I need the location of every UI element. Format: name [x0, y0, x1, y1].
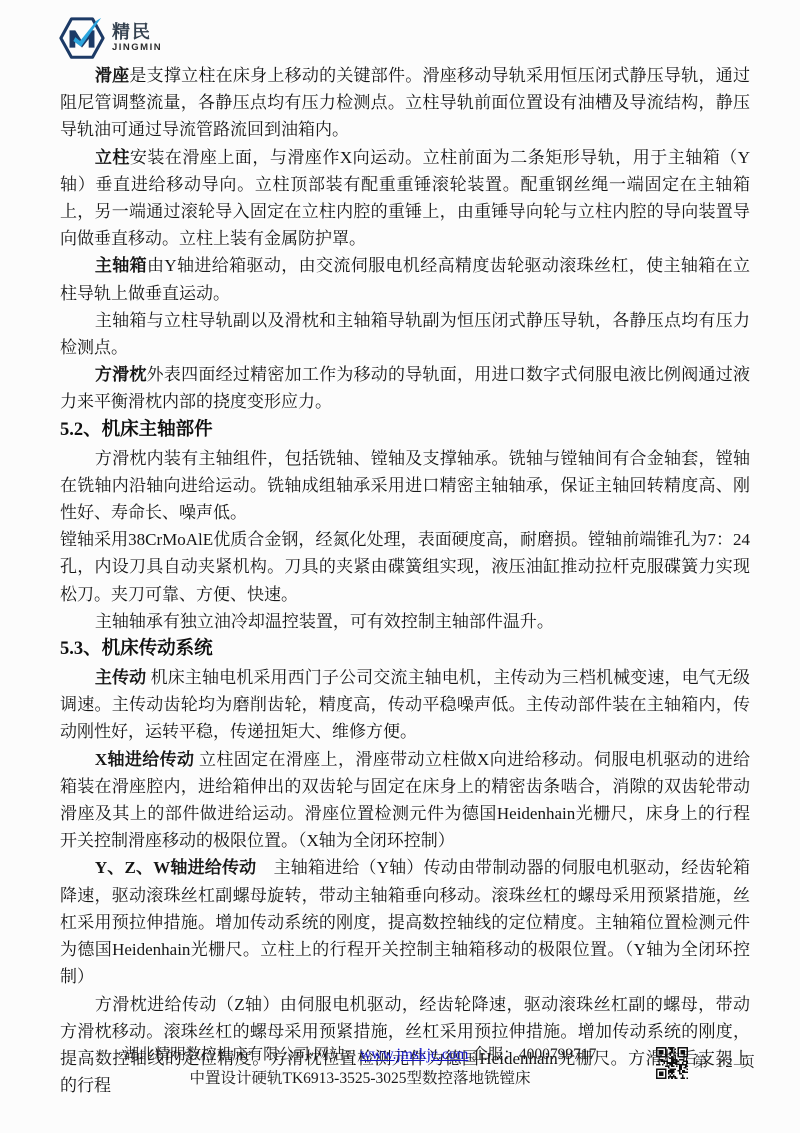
service-label: 企服：: [468, 1046, 518, 1063]
paragraph-guideway: 主轴箱与立柱导轨副以及滑枕和主轴箱导轨副为恒压闭式静压导轨，各静压点均有压力检测…: [60, 307, 750, 361]
footer-product-line: 中置设计硬轨TK6913-3525-3025型数控落地铣镗床: [55, 1067, 665, 1091]
paragraph-x-axis-feed: X轴进给传动 立柱固定在滑座上，滑座带动立柱做X向进给移动。伺服电机驱动的进给箱…: [60, 746, 750, 855]
paragraph-boring-spindle: 镗轴采用38CrMoAlE优质合金钢，经氮化处理，表面硬度高，耐磨损。镗轴前端锥…: [60, 526, 750, 608]
paragraph-main-drive: 主传动 机床主轴电机采用西门子公司交流主轴电机，主传动为三档机械变速，电气无级调…: [60, 664, 750, 746]
bold-term: 立柱: [95, 148, 130, 167]
logo-text-en: JINGMIN: [112, 43, 162, 53]
paragraph-text: 外表四面经过精密加工作为移动的导轨面，用进口数字式伺服电液比例阀通过液力来平衡滑…: [60, 365, 750, 411]
paragraph-text: 主轴轴承有独立油冷却温控装置，可有效控制主轴部件温升。: [95, 612, 554, 631]
paragraph-text: 机床主轴电机采用西门子公司交流主轴电机，主传动为三档机械变速，电气无级调速。主传…: [60, 668, 750, 741]
page-number: 第 12 页: [694, 1051, 757, 1072]
paragraph-text: 安装在滑座上面，与滑座作X向运动。立柱前面为二条矩形导轨，用于主轴箱（Y轴）垂直…: [60, 148, 750, 249]
paragraph-column: 立柱安装在滑座上面，与滑座作X向运动。立柱前面为二条矩形导轨，用于主轴箱（Y轴）…: [60, 144, 750, 253]
bold-term: 主轴箱: [95, 256, 147, 275]
hexagon-m-logo-icon: [58, 16, 106, 60]
bold-term: 滑座: [95, 66, 130, 85]
page-footer: 湖北精明数控机床有限公司 网站：www.jmskjc.com 企服：400079…: [55, 1043, 665, 1091]
paragraph-headstock: 主轴箱由Y轴进给箱驱动，由交流伺服电机经高精度齿轮驱动滚珠丝杠，使主轴箱在立柱导…: [60, 252, 750, 306]
logo-text-cn: 精民: [112, 23, 162, 41]
section-heading-5-3: 5.3、机床传动系统: [60, 635, 750, 664]
paragraph-yzw-axis-feed: Y、Z、W轴进给传动 主轴箱进给（Y轴）传动由带制动器的伺服电机驱动，经齿轮箱降…: [60, 854, 750, 990]
paragraph-slide-base: 滑座是支撑立柱在床身上移动的关键部件。滑座移动导轨采用恒压闭式静压导轨，通过阻尼…: [60, 62, 750, 144]
service-phone: 4000799717: [519, 1046, 597, 1063]
paragraph-text: 方滑枕内装有主轴组件，包括铣轴、镗轴及支撑轴承。铣轴与镗轴间有合金轴套，镗轴在铣…: [60, 449, 750, 522]
website-link[interactable]: www.jmskjc.com: [360, 1046, 468, 1063]
company-name: 湖北精明数控机床有限公司: [124, 1046, 310, 1063]
paragraph-text: 主轴箱与立柱导轨副以及滑枕和主轴箱导轨副为恒压闭式静压导轨，各静压点均有压力检测…: [60, 311, 750, 357]
section-heading-5-2: 5.2、机床主轴部件: [60, 416, 750, 445]
paragraph-oil-cooling: 主轴轴承有独立油冷却温控装置，可有效控制主轴部件温升。: [60, 608, 750, 635]
website-label: 网站：: [310, 1046, 360, 1063]
paragraph-text: 是支撑立柱在床身上移动的关键部件。滑座移动导轨采用恒压闭式静压导轨，通过阻尼管调…: [60, 66, 750, 139]
bold-term: 主传动: [95, 668, 146, 687]
paragraph-text: 镗轴采用38CrMoAlE优质合金钢，经氮化处理，表面硬度高，耐磨损。镗轴前端锥…: [60, 530, 750, 603]
bold-term: Y、Z、W轴进给传动: [95, 858, 257, 877]
paragraph-text: 主轴箱进给（Y轴）传动由带制动器的伺服电机驱动，经齿轮箱降速，驱动滚珠丝杠副螺母…: [60, 858, 750, 986]
paragraph-text: 由Y轴进给箱驱动，由交流伺服电机经高精度齿轮驱动滚珠丝杠，使主轴箱在立柱导轨上做…: [60, 256, 750, 302]
paragraph-spindle-assembly: 方滑枕内装有主轴组件，包括铣轴、镗轴及支撑轴承。铣轴与镗轴间有合金轴套，镗轴在铣…: [60, 445, 750, 527]
paragraph-ram: 方滑枕外表四面经过精密加工作为移动的导轨面，用进口数字式伺服电液比例阀通过液力来…: [60, 361, 750, 415]
company-logo: 精民 JINGMIN: [58, 16, 162, 60]
bold-term: X轴进给传动: [95, 750, 195, 769]
document-body: 滑座是支撑立柱在床身上移动的关键部件。滑座移动导轨采用恒压闭式静压导轨，通过阻尼…: [60, 62, 750, 1099]
footer-company-line: 湖北精明数控机床有限公司 网站：www.jmskjc.com 企服：400079…: [55, 1043, 665, 1067]
bold-term: 方滑枕: [95, 365, 147, 384]
qr-code: [656, 1047, 688, 1079]
